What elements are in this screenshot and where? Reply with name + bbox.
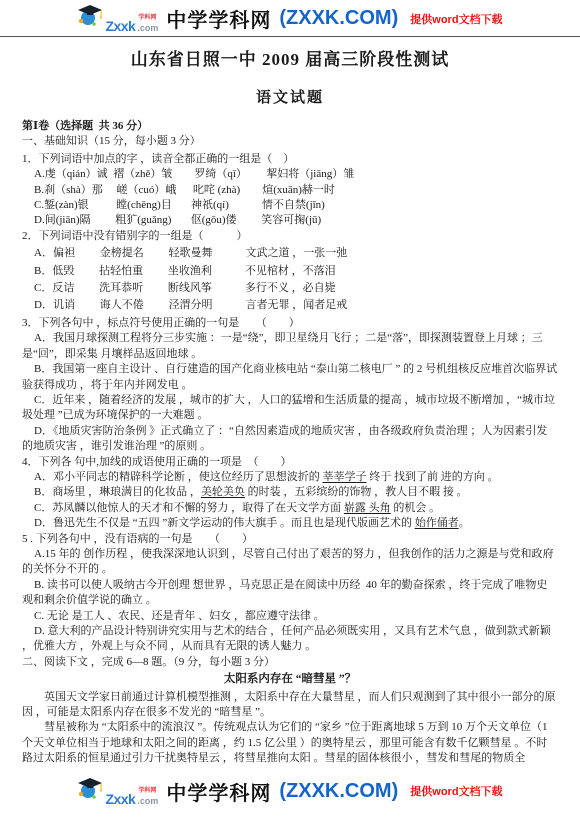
q2-stem: 2．下列词语中没有错别字的一组是（ ） xyxy=(22,229,558,244)
q4-option-d: D．鲁迅先生不仅是 “五四 ”新文学运动的伟大旗手 。而且也是现代版画艺术的 始… xyxy=(22,516,558,531)
reading-paragraph-2: 彗星被称为 “太阳系中的流浪汉 ”。传统观点认为它们的 “家乡 ”位于距离地球 … xyxy=(22,720,558,766)
logo-cn-caption: 学科网 xyxy=(138,788,156,794)
graduation-cap-icon xyxy=(77,4,103,33)
logo-domain-suffix: 学科网.com xyxy=(137,791,158,806)
q1-option-b: B.刹（shà）那 嵯（cuó）峨 叱咤 (zhà) 煊(xuān)赫一时 xyxy=(22,183,558,198)
site-header: Zxxk 学科网.com 中学学科网 (ZXXK.COM) 提供word文档下载 xyxy=(0,0,580,37)
q5-stem: 5 . 下列各句中 ，没有语病的一句是 （ ） xyxy=(22,532,558,547)
q1-option-d: D.间(jiān)隔 粗犷(guǎng) 伛(gōu)偻 笑容可掬(jū) xyxy=(22,213,558,228)
word-download-link[interactable]: 提供word文档下载 xyxy=(410,783,502,799)
q5-option-b: B. 读书可以使人吸纳古今开创理 想世界 ，马克思正是在阅读中历经 40 年的勤… xyxy=(22,578,558,609)
word-download-link[interactable]: 提供word文档下载 xyxy=(410,11,502,27)
underlined-idiom: 美轮美奂 xyxy=(201,486,245,498)
site-domain: (ZXXK.COM) xyxy=(279,7,398,30)
logo-wordmark: Zxxk xyxy=(105,19,135,33)
exam-page: Zxxk 学科网.com 中学学科网 (ZXXK.COM) 提供word文档下载… xyxy=(0,0,580,820)
underlined-idiom: 莘莘学子 xyxy=(322,471,366,483)
site-name: 中学学科网 xyxy=(166,4,271,33)
q2-option-d: D．讥诮 诲人不倦 泾渭分明 言者无罪 ，闻者足戒 xyxy=(22,298,558,313)
part1-heading: 第Ⅰ卷（选择题 共 36 分） xyxy=(22,119,558,134)
q5-option-a: A.15 年的 创作历程 ，使我深深地认识到 ，尽管自己付出了艰苦的努力 ，但我… xyxy=(22,547,558,578)
reading-paragraph-1: 英国天文学家日前通过计算机模型推测 ，太阳系中存在大量彗星 ，而人们只观测到了其… xyxy=(22,690,558,721)
underlined-idiom: 崭露 头角 xyxy=(344,502,391,514)
q3-option-a: A．我国月球探测工程将分三步实施 ：一是“绕”，即卫星绕月飞行 ；二是“落”，即… xyxy=(22,331,558,362)
q2-option-c: C．反诘 洗耳恭听 断线风筝 多行不义 ，必自毙 xyxy=(22,281,558,296)
section2-heading: 二、阅读下文 ，完成 6—8 题。（9 分，每小题 3 分） xyxy=(22,655,558,670)
underlined-idiom: 始作俑者 xyxy=(415,517,459,529)
q1-option-c: C.錾(zàn)银 瞠(chēng)目 神祇(qí) 情不自禁(jīn) xyxy=(22,198,558,213)
q1-option-a: A.虔（qián）诚 褶（zhě）皱 罗绮（qǐ） 挈妇将（jiāng）雏 xyxy=(22,167,558,182)
reading-passage-title: 太阳系内存在 “暗彗星 ”？ xyxy=(22,672,558,687)
q1-stem: 1．下列词语中加点的字 ，读音全都正确的一组是（ ） xyxy=(22,152,558,167)
q2-option-a: A．偏袒 金榜提名 轻歌曼舞 文武之道 ，一张一弛 xyxy=(22,246,558,261)
zxxk-logo-footer[interactable]: Zxxk 学科网.com xyxy=(77,777,158,806)
exam-title: 山东省日照一中 2009 届高三阶段性测试 xyxy=(0,45,580,70)
q3-option-d: D．《地质灾害防治条例 》正式确立了 ：“自然因素造成的地质灾害 ，由各级政府负… xyxy=(22,424,558,455)
logo-wordmark: Zxxk xyxy=(105,792,135,806)
q3-option-b: B．我国第一座自主设计 、自行建造的国产化商业核电站 “泰山第二核电厂 ” 的 … xyxy=(22,362,558,393)
zxxk-logo[interactable]: Zxxk 学科网.com xyxy=(77,4,158,33)
q4-option-b: B．商场里 ，琳琅满目的化妆品 ，美轮美奂 的时装 ，五彩缤纷的饰物 ，教人目不… xyxy=(22,485,558,500)
q5-option-c: C. 无论 是工人 、农民、还是青年 、妇女 ，都应遵守法律 。 xyxy=(22,609,558,624)
site-name: 中学学科网 xyxy=(166,777,271,806)
q2-option-b: B．低毁 拈轻怕重 坐收渔利 不见棺材 ，不落泪 xyxy=(22,264,558,279)
site-domain: (ZXXK.COM) xyxy=(279,780,398,803)
q4-option-a: A．邓小平同志的精辟科学论断 ，使这位经历了思想波折的 莘莘学子 终于 找到了前… xyxy=(22,470,558,485)
logo-cn-caption: 学科网 xyxy=(138,15,156,21)
q4-option-c: C．苏凤麟以他惊人的天才和不懈的努力 ，取得了在天文学方面 崭露 头角 的机会 … xyxy=(22,501,558,516)
site-footer: Zxxk 学科网.com 中学学科网 (ZXXK.COM) 提供word文档下载 xyxy=(0,773,580,809)
logo-domain-suffix: 学科网.com xyxy=(137,18,158,33)
q4-stem: 4．下列各 句中,加线的成语使用正确的一项是 （ ） xyxy=(22,455,558,470)
exam-subtitle: 语文试题 xyxy=(0,86,580,107)
section1-heading: 一、基础知识（15 分，每小题 3 分） xyxy=(22,134,558,149)
graduation-cap-icon xyxy=(77,777,103,806)
q3-stem: 3．下列各句中 ，标点符号使用正确的一句是 （ ） xyxy=(22,316,558,331)
q5-option-d: D. 意大利的产品设计特别讲究实用与艺术的结合 ，任何产品必须既实用 ，又具有艺… xyxy=(22,624,558,655)
exam-body: 第Ⅰ卷（选择题 共 36 分） 一、基础知识（15 分，每小题 3 分） 1．下… xyxy=(0,119,580,767)
q3-option-c: C．近年来 ，随着经济的发展 ，城市的扩大 ，人口的猛增和生活质量的提高 ，城市… xyxy=(22,393,558,424)
